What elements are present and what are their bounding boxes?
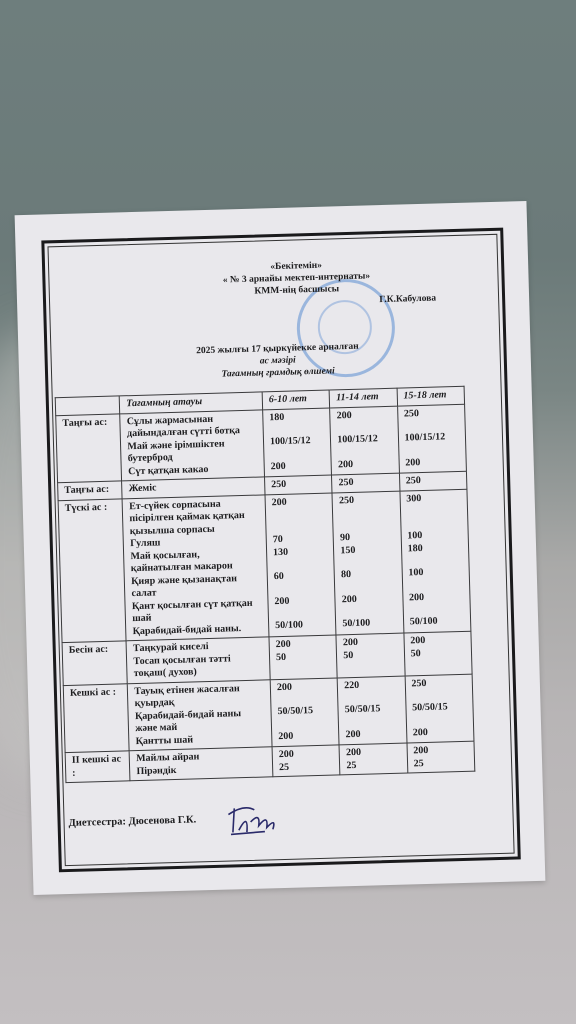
portion-value: 180 (408, 541, 463, 555)
portion-value: 50/100 (275, 619, 330, 633)
portion-value: 25 (414, 756, 469, 770)
portion-value: 200 (345, 727, 400, 741)
portion-value: 50 (343, 648, 398, 662)
dish-name: Май және ірімшіктен бутерброд (127, 437, 257, 466)
portion-value: 200 (409, 590, 464, 604)
dish-list: Ет-сүйек сорпасына пісірілген қаймак қат… (122, 494, 269, 640)
portion-age-6-10: 20050 (269, 635, 337, 679)
portion-value: 300 (406, 491, 461, 505)
dish-name: Қарабидай-бидай наны және май (135, 707, 265, 736)
portion-value: 250 (338, 476, 393, 490)
dish-name: Қант қосылған сүт қатқан шай (132, 597, 262, 626)
document-border: «Бекітемін» « № 3 арнайы мектеп-интернат… (41, 228, 520, 873)
portion-age-11-14: 200100/15/12200 (330, 406, 399, 475)
menu-document: «Бекітемін» « № 3 арнайы мектеп-интернат… (15, 201, 546, 895)
portion-age-15-18: 20025 (407, 741, 475, 773)
portion-value: 250 (406, 474, 461, 488)
portion-value: 100/15/12 (337, 433, 392, 447)
portion-value: 50 (410, 646, 465, 660)
portion-value: 180 (269, 410, 324, 424)
approval-signer: Г.К.Кабулова (379, 293, 436, 307)
dish-name: Ет-сүйек сорпасына пісірілген қаймак қат… (129, 497, 260, 538)
dish-list: Сұлы жармасынан дайындалған сүтті ботқаМ… (120, 409, 264, 480)
portion-value: 25 (279, 760, 334, 774)
dish-list: Тауық етінен жасалған қуырдақҚарабидай-б… (128, 679, 272, 750)
meal-name: Кешкі ас : (63, 683, 129, 752)
meal-name: Таңғы ас: (56, 413, 122, 482)
header-meal (55, 396, 120, 415)
dish-name: Жеміс (128, 480, 258, 496)
portion-value: 60 (274, 570, 329, 584)
portion-value: 50/50/15 (345, 703, 400, 717)
portion-value: 50/50/15 (277, 705, 332, 719)
portion-value: 250 (404, 406, 459, 420)
portion-value: 200 (272, 495, 327, 509)
portion-value: 100 (408, 566, 463, 580)
portion-age-6-10: 200701306020050/100 (265, 493, 336, 637)
header-15-18: 15-18 лет (397, 386, 465, 405)
portion-value: 50/100 (342, 617, 397, 631)
portion-value: 150 (340, 543, 395, 557)
dish-name: Тауық етінен жасалған қуырдақ (134, 682, 264, 711)
portion-value: 50 (276, 650, 331, 664)
portion-value: 200 (278, 729, 333, 743)
portion-age-15-18: 30010018010020050/100 (400, 489, 471, 633)
handwritten-signature-icon (224, 801, 285, 839)
dish-name: Май қосылған, қайнатылған макарон (130, 547, 260, 576)
portion-value: 80 (341, 568, 396, 582)
header-11-14: 11-14 лет (329, 388, 397, 407)
dish-list: Таңкурай киселіТосап қосылған тәтті тоқа… (126, 637, 270, 683)
portion-age-6-10: 250 (264, 475, 332, 494)
portion-value: 250 (411, 676, 466, 690)
menu-table: Тағамның атауы 6-10 лет 11-14 лет 15-18 … (55, 386, 476, 783)
portion-age-15-18: 250100/15/12200 (397, 404, 466, 473)
portion-value: 50/100 (410, 615, 465, 629)
portion-value: 200 (274, 594, 329, 608)
portion-age-15-18: 20050 (404, 631, 473, 675)
document-title: 2025 жылғы 17 қыркүйекке арналған ас мәз… (147, 339, 408, 382)
portion-value: 200 (413, 725, 468, 739)
meal-name: ІІ кешкі ас : (65, 751, 130, 783)
portion-age-11-14: 250901508020050/100 (332, 491, 403, 635)
portion-value: 200 (405, 455, 460, 469)
portion-age-11-14: 20050 (336, 633, 404, 677)
portion-age-11-14: 22050/50/15200 (337, 676, 406, 745)
portion-value: 250 (339, 493, 394, 507)
portion-age-6-10: 20050/50/15200 (270, 677, 339, 746)
approval-block: «Бекітемін» « № 3 арнайы мектеп-интернат… (181, 257, 412, 299)
portion-value: 100/15/12 (404, 431, 459, 445)
portion-age-11-14: 20025 (339, 743, 407, 775)
dish-name: Сұлы жармасынан дайындалған сүтті ботқа (127, 412, 257, 441)
dish-name: Тосап қосылған тәтті тоқаш( духов) (133, 652, 263, 681)
dietitian-signature-line: Диетсестра: Дюсенова Г.К. (68, 814, 196, 829)
portion-age-15-18: 250 (399, 471, 467, 490)
header-6-10: 6-10 лет (262, 390, 330, 409)
portion-value: 100/15/12 (270, 435, 325, 449)
table-row: Түскі ас :Ет-сүйек сорпасына пісірілген … (58, 489, 471, 643)
portion-age-11-14: 250 (332, 473, 400, 492)
portion-value: 250 (271, 478, 326, 492)
portion-age-6-10: 180100/15/12200 (263, 408, 332, 477)
portion-value: 25 (346, 758, 401, 772)
meal-name: Бесін ас: (62, 641, 128, 685)
table-row: Таңғы ас:Сұлы жармасынан дайындалған сүт… (56, 404, 467, 483)
portion-age-15-18: 25050/50/15200 (405, 674, 474, 743)
portion-value: 200 (271, 459, 326, 473)
meal-name: Түскі ас : (58, 498, 126, 642)
portion-value: 200 (277, 680, 332, 694)
meal-name: Таңғы ас: (58, 481, 123, 500)
portion-value: 200 (338, 457, 393, 471)
table-row: Кешкі ас :Тауық етінен жасалған қуырдақҚ… (63, 674, 474, 753)
portion-value: 220 (344, 678, 399, 692)
dish-list: Майлы айранПірәндік (129, 747, 272, 781)
portion-value: 130 (273, 545, 328, 559)
dish-name: Қияр және қызанақтан салат (131, 572, 261, 601)
portion-value: 200 (336, 408, 391, 422)
portion-value: 50/50/15 (412, 701, 467, 715)
portion-value: 200 (342, 592, 397, 606)
dish-name: Қарабидай-бидай наны. (132, 622, 262, 638)
portion-age-6-10: 20025 (272, 745, 340, 777)
